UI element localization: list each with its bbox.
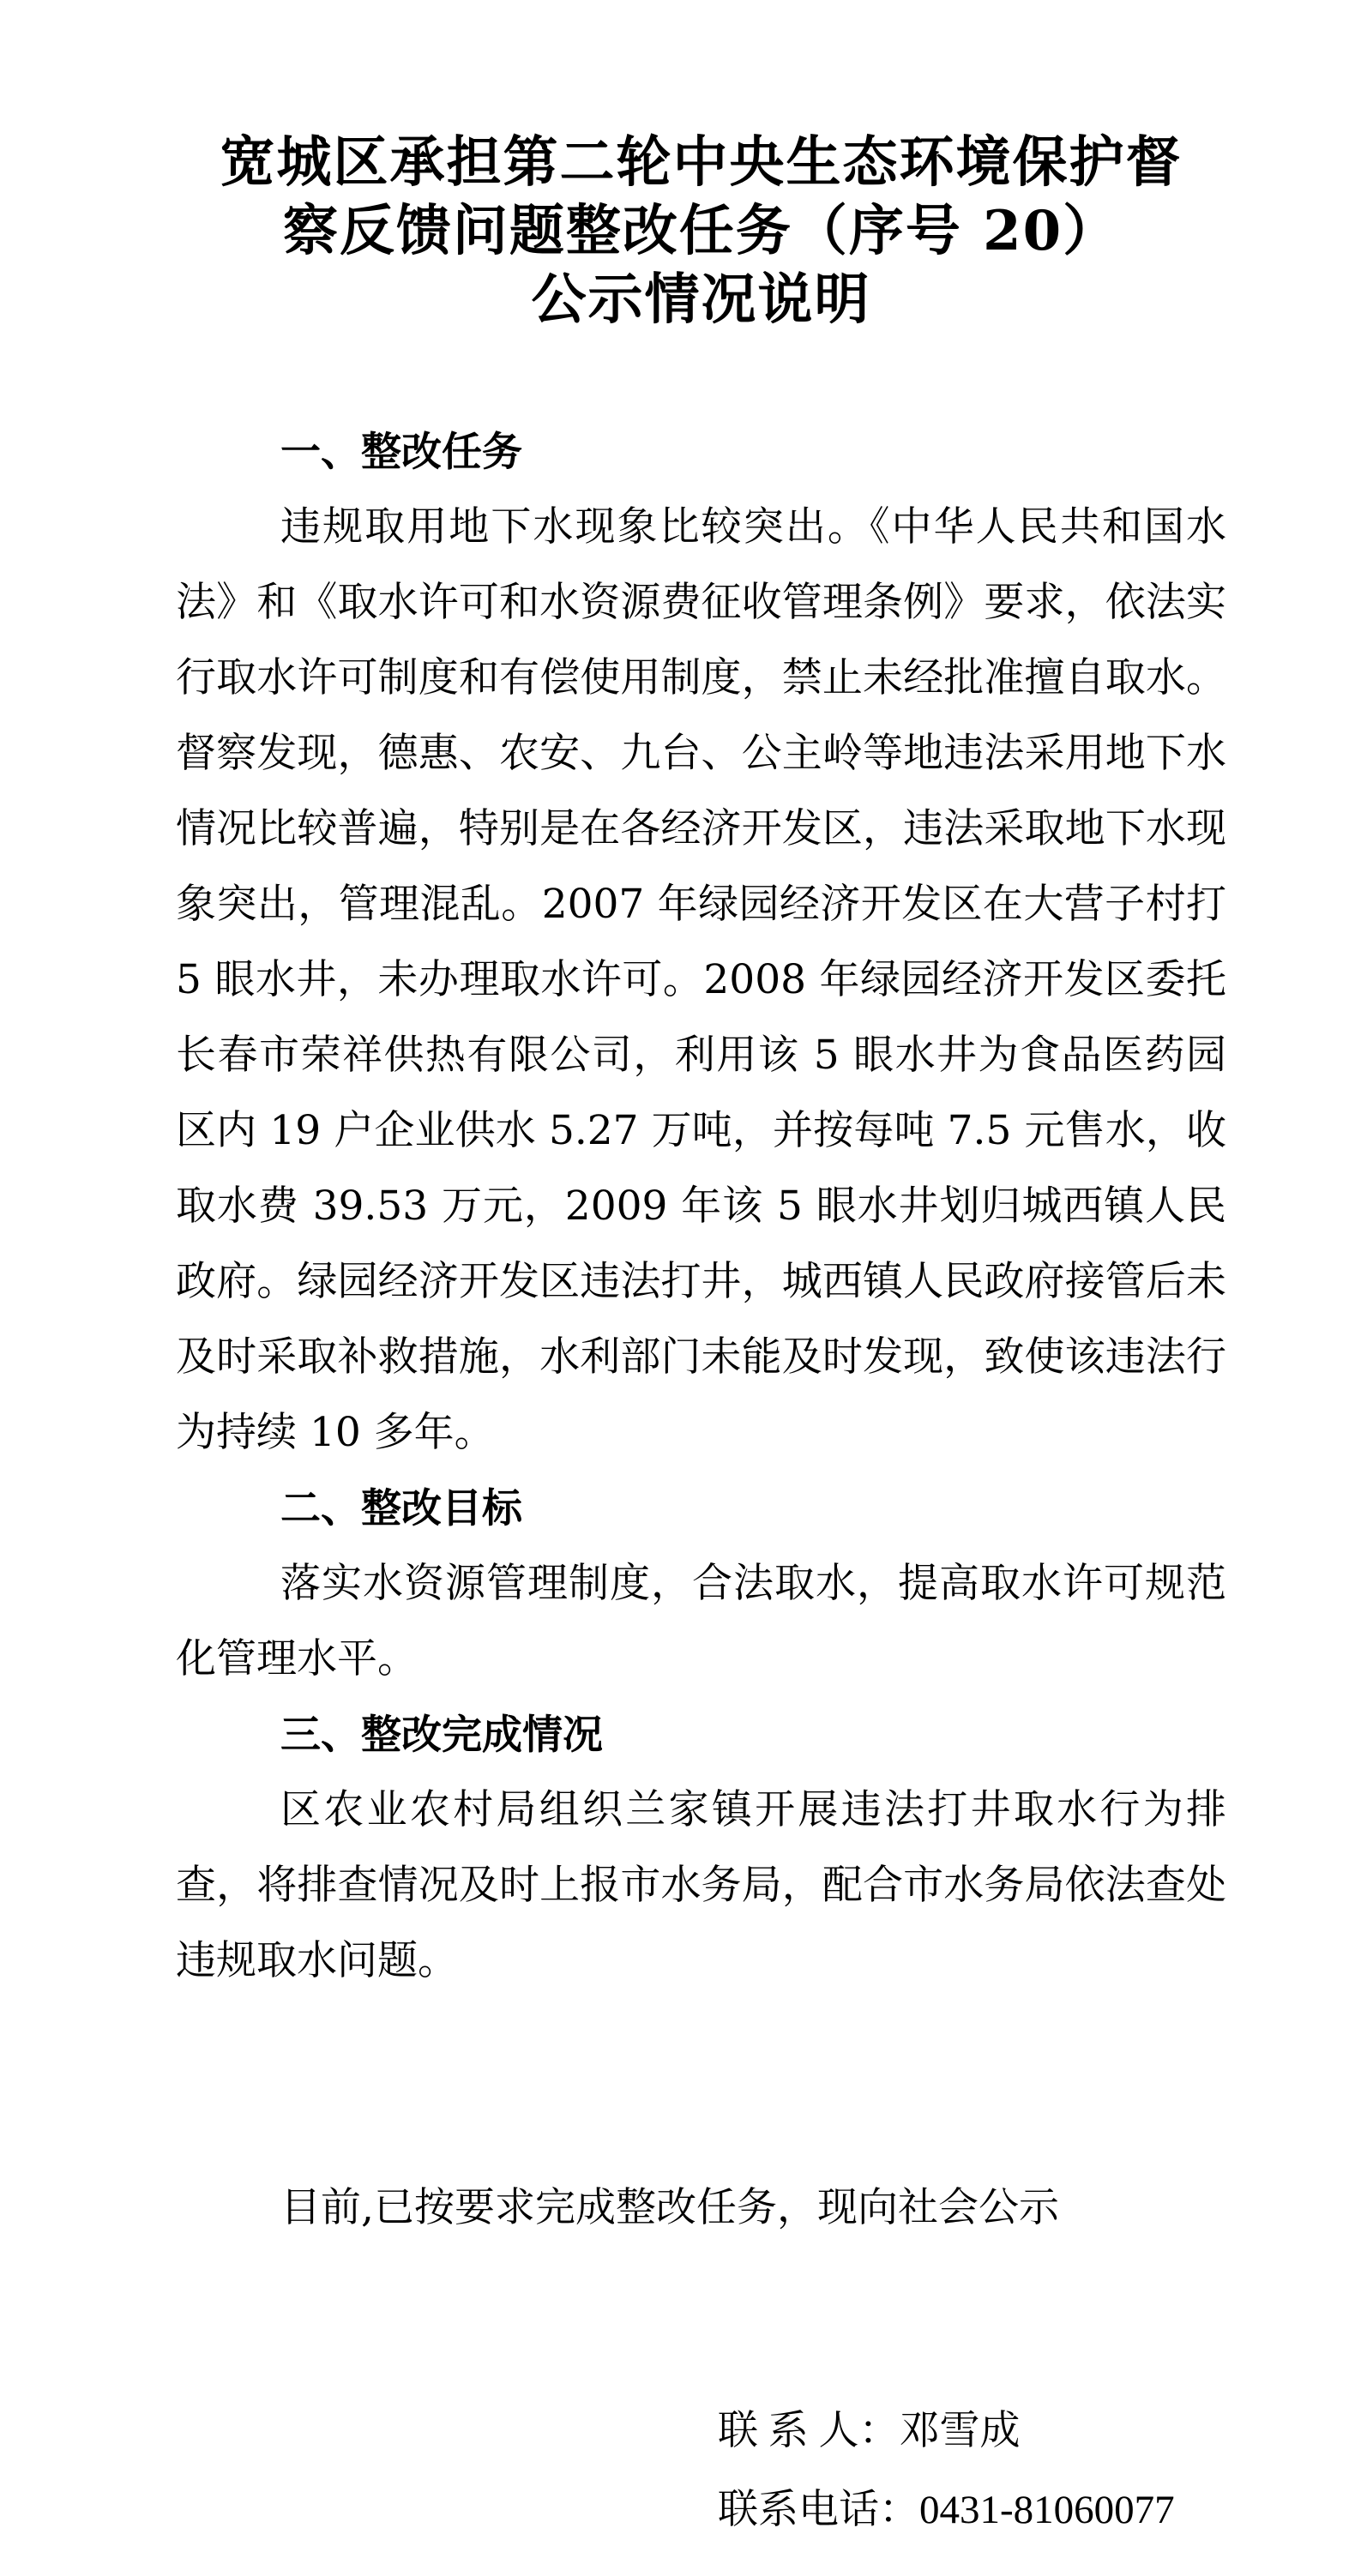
contact-phone-label: 联系电话： (718, 2488, 919, 2532)
document-title: 宽城区承担第二轮中央生态环境保护督 察反馈问题整改任务（序号 20） 公示情况说… (176, 129, 1226, 334)
document-body: 一、整改任务 违规取用地下水现象比较突出。《中华人民共和国水法》和《取水许可和水… (176, 414, 1226, 2549)
closing-statement: 目前,已按要求完成整改任务，现向社会公示 (176, 2170, 1226, 2246)
contact-person-label: 联 系 人： (718, 2409, 900, 2453)
contact-person-line: 联 系 人：邓雪成 (718, 2392, 1226, 2471)
section-3-heading: 三、整改完成情况 (176, 1697, 1226, 1773)
contact-phone-line: 联系电话：0431-81060077 (718, 2471, 1226, 2549)
section-1-heading: 一、整改任务 (176, 414, 1226, 490)
contact-person-name: 邓雪成 (900, 2409, 1021, 2453)
document-page: 宽城区承担第二轮中央生态环境保护督 察反馈问题整改任务（序号 20） 公示情况说… (0, 0, 1361, 2576)
section-1-body: 违规取用地下水现象比较突出。《中华人民共和国水法》和《取水许可和水资源费征收管理… (176, 490, 1226, 1471)
title-line-3: 公示情况说明 (176, 266, 1226, 334)
section-3-body: 区农业农村局组织兰家镇开展违法打井取水行为排查，将排查情况及时上报市水务局，配合… (176, 1773, 1226, 1999)
section-2-body: 落实水资源管理制度，合法取水，提高取水许可规范化管理水平。 (176, 1546, 1226, 1697)
title-line-1: 宽城区承担第二轮中央生态环境保护督 (176, 129, 1226, 197)
contact-block: 联 系 人：邓雪成 联系电话：0431-81060077 (176, 2392, 1226, 2549)
title-line-2: 察反馈问题整改任务（序号 20） (176, 197, 1226, 266)
contact-phone-number: 0431-81060077 (919, 2488, 1175, 2532)
section-2-heading: 二、整改目标 (176, 1471, 1226, 1546)
